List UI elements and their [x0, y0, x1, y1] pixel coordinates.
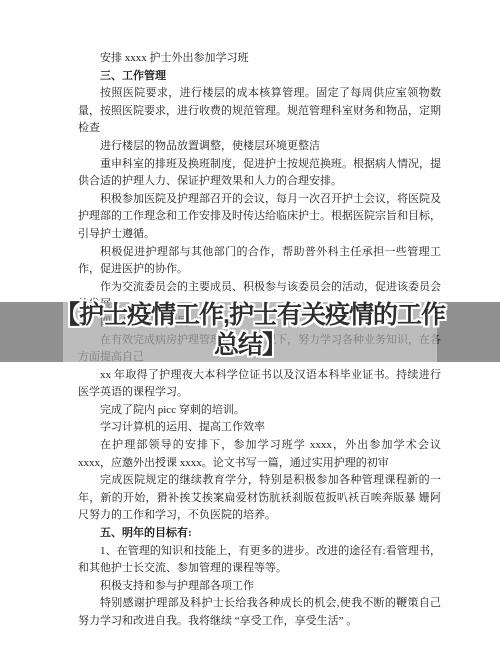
document-page: 安排 xxxx 护士外出参加学习班三、工作管理按照医院要求，进行楼层的成本核算管… — [0, 0, 500, 666]
document-paragraph: 在护理部领导的安排下，参加学习班学 xxxx，外出参加学术会议 xxxx，应邀外… — [78, 437, 441, 472]
document-paragraph: 按照医院要求，进行楼层的成本核算管理。固定了每周供应室领物数量，按照医院要求，进… — [78, 85, 441, 138]
document-paragraph: 完成医院规定的继续教育学分，特别是积极参加各种管理课程新的一年，新的开始，猾补挨… — [78, 472, 441, 525]
document-paragraph: 完成了院内 picc 穿刺的培训。 — [78, 402, 441, 420]
document-paragraph: 进行楼层的物品放置调整，使楼层环境更整洁 — [78, 138, 441, 156]
section-heading: 四、自身职业发展 — [78, 314, 441, 332]
document-paragraph: xx 年取得了护理夜大本科学位证书以及汉语本科毕业证书。持续进行医学英语的课程学… — [78, 367, 441, 402]
document-paragraph: 积极促进护理部与其他部门的合作，帮助普外科主任承担一些管理工作，促进医护的协作。 — [78, 244, 441, 279]
document-paragraph: 在有效完成病房护理管理任务的情况下，努力学习各种业务知识，在各方面提高自己 — [78, 332, 441, 367]
document-paragraph: 学习计算机的运用、提高工作效率 — [78, 419, 441, 437]
document-paragraph: 积极支持和参与护理部各项工作 — [78, 578, 441, 596]
document-paragraph: 作为交流委员会的主要成员、积极参与该委员会的活动，促进该委员会的发展。 — [78, 279, 441, 314]
document-paragraph: 1、在管理的知识和技能上，有更多的进步。改进的途径有:看管理书，和其他护士长交流… — [78, 543, 441, 578]
document-paragraph: 安排 xxxx 护士外出参加学习班 — [78, 50, 441, 68]
section-heading: 五、明年的目标有: — [78, 525, 441, 543]
document-paragraph: 重申科室的排班及换班制度，促进护士按规范换班。根据病人情况，提供合适的护理人力、… — [78, 156, 441, 191]
section-heading: 三、工作管理 — [78, 68, 441, 86]
document-paragraph: 积极参加医院及护理部召开的会议，每月一次召开护士会议，将医院及护理部的工作理念和… — [78, 191, 441, 244]
document-body: 安排 xxxx 护士外出参加学习班三、工作管理按照医院要求，进行楼层的成本核算管… — [78, 50, 441, 631]
document-paragraph: 特别感谢护理部及科护士长给我各种成长的机会,使我不断的鞭策自己努力学习和改进自我… — [78, 595, 441, 630]
